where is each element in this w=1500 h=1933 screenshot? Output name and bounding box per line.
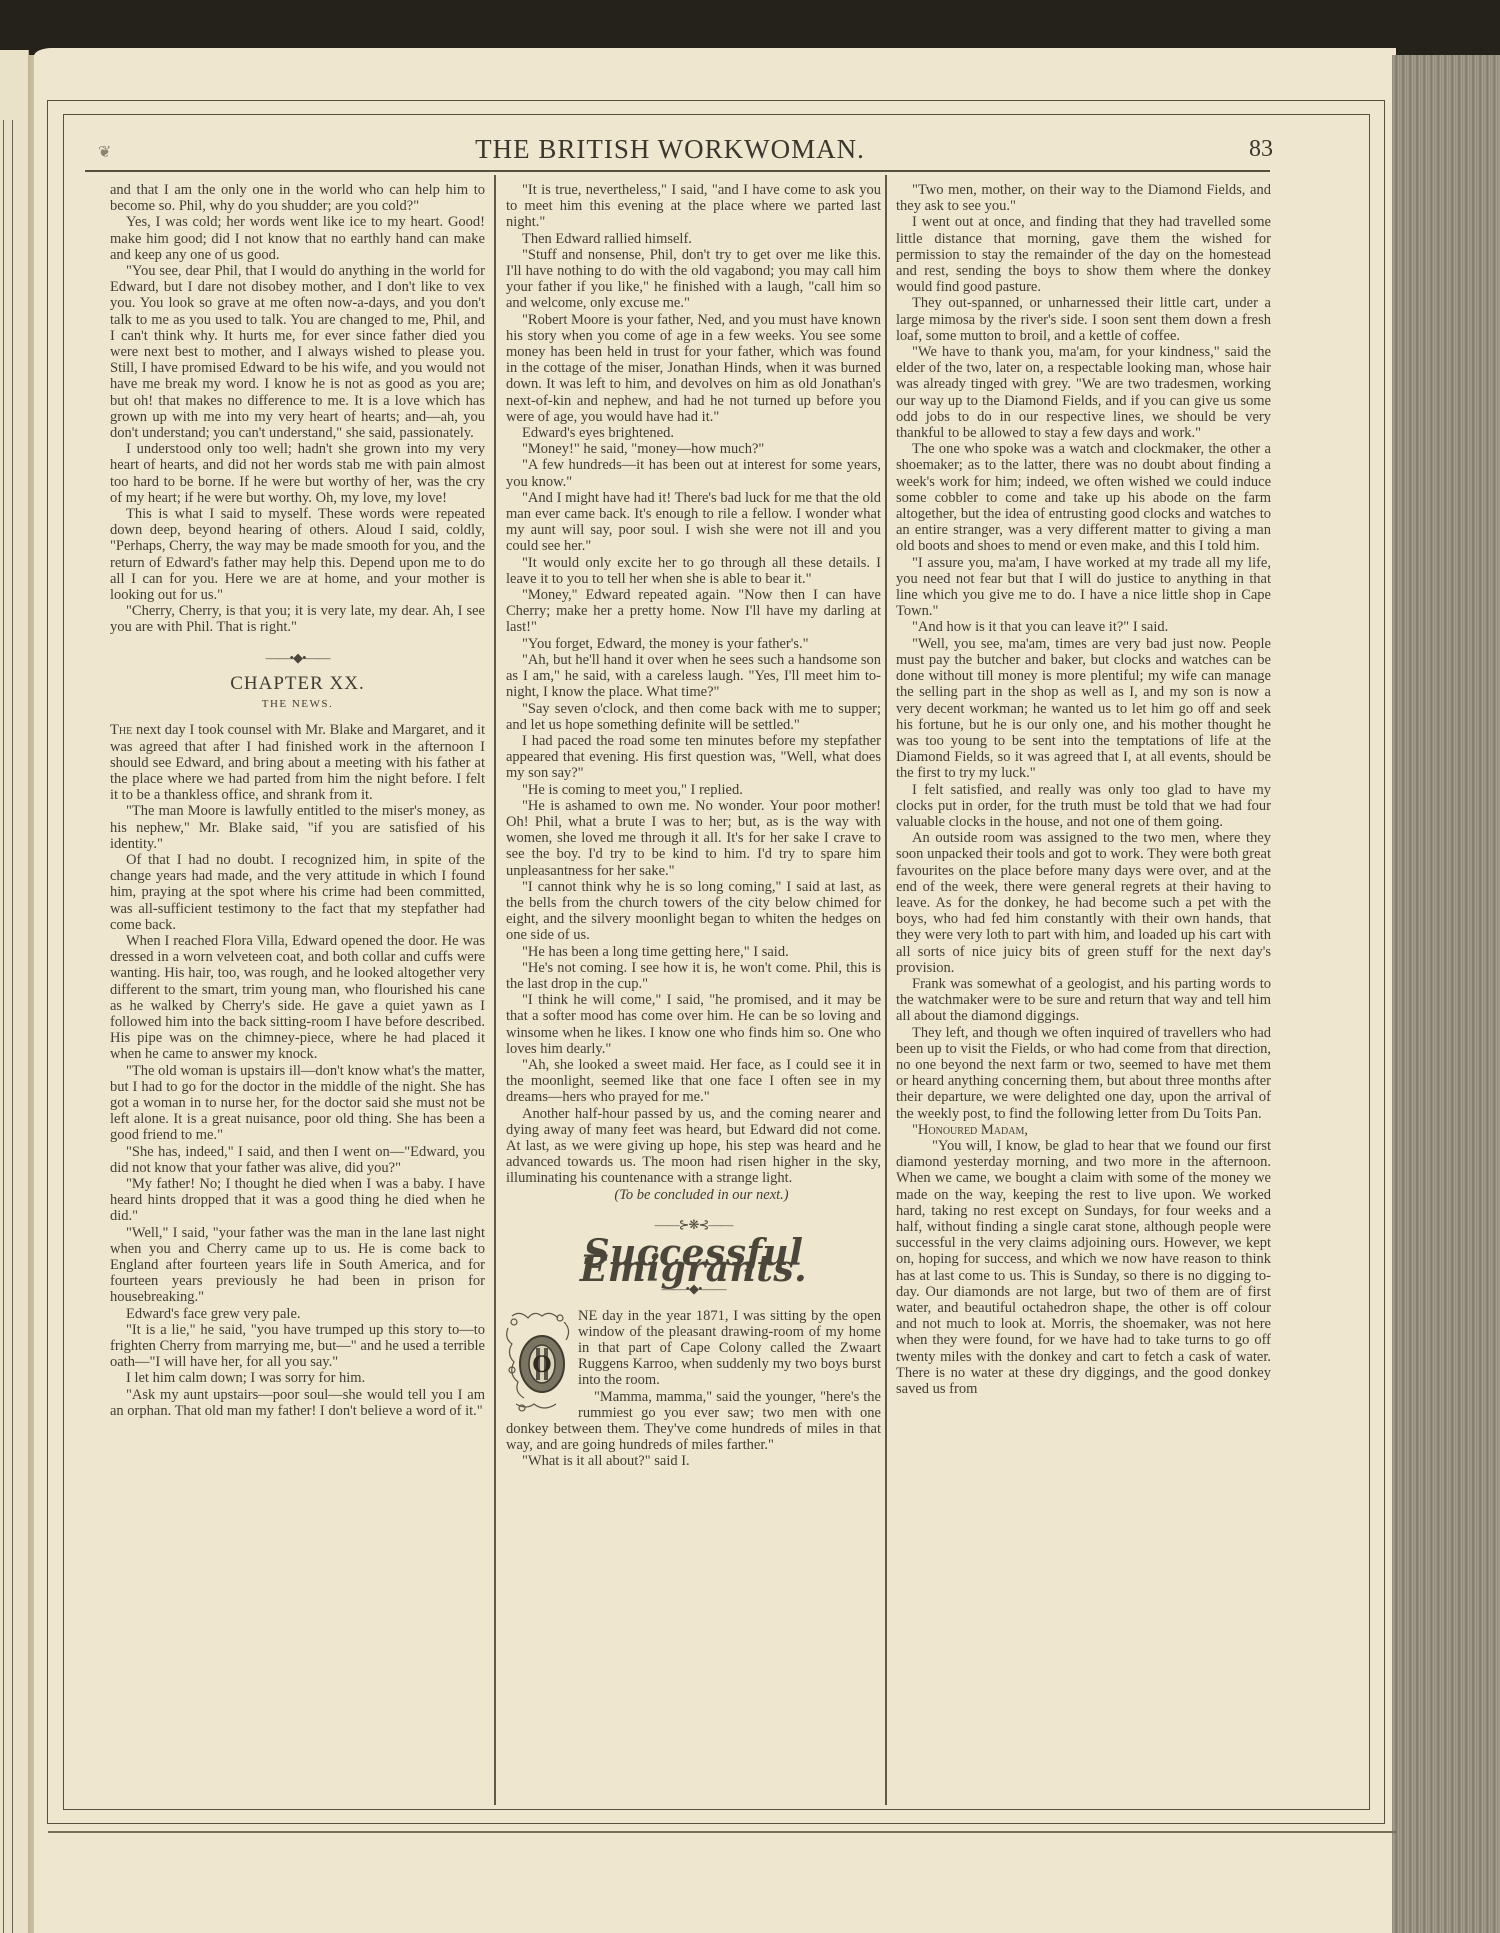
paragraph: Yes, I was cold; her words went like ice… — [110, 214, 485, 263]
paragraph: "He is coming to meet you," I replied. — [506, 782, 881, 798]
letter-salutation: "Honoured Madam, — [896, 1122, 1271, 1138]
paragraph: "Ask my aunt upstairs—poor soul—she woul… — [110, 1387, 485, 1419]
paragraph: "Robert Moore is your father, Ned, and y… — [506, 312, 881, 425]
paragraph: An outside room was assigned to the two … — [896, 830, 1271, 976]
column-middle: "It is true, nevertheless," I said, "and… — [506, 182, 881, 1470]
letter-paragraph: "You will, I know, be glad to hear that … — [896, 1138, 1271, 1397]
paragraph: "What is it all about?" said I. — [506, 1453, 881, 1469]
opening-word: The — [110, 722, 132, 738]
paragraph: I let him calm down; I was sorry for him… — [110, 1370, 485, 1386]
column-right: "Two men, mother, on their way to the Di… — [896, 182, 1271, 1397]
paragraph: Then Edward rallied himself. — [506, 231, 881, 247]
paragraph: "Ah, but he'll hand it over when he sees… — [506, 652, 881, 701]
paragraph: "And how is it that you can leave it?" I… — [896, 619, 1271, 635]
dropcap-letter: O — [532, 1352, 551, 1378]
continued-note: (To be concluded in our next.) — [506, 1187, 881, 1203]
paragraph: "She has, indeed," I said, and then I we… — [110, 1144, 485, 1176]
page-number: 83 — [1249, 136, 1273, 163]
title-ornament: ——•◆•—— — [506, 1281, 881, 1297]
running-header: ❦ THE BRITISH WORKWOMAN. 83 — [70, 134, 1270, 168]
paragraph: The next day I took counsel with Mr. Bla… — [110, 722, 485, 803]
paragraph: Of that I had no doubt. I recognized him… — [110, 852, 485, 933]
paragraph: "It would only excite her to go through … — [506, 555, 881, 587]
paragraph: When I reached Flora Villa, Edward opene… — [110, 933, 485, 1063]
paragraph: I had paced the road some ten minutes be… — [506, 733, 881, 782]
paragraph: "I assure you, ma'am, I have worked at m… — [896, 555, 1271, 620]
paragraph: "We have to thank you, ma'am, for your k… — [896, 344, 1271, 441]
paragraph: I felt satisfied, and really was only to… — [896, 782, 1271, 831]
paragraph: Another half-hour passed by us, and the … — [506, 1106, 881, 1187]
publication-title: THE BRITISH WORKWOMAN. — [70, 134, 1270, 165]
paragraph: "Ah, she looked a sweet maid. Her face, … — [506, 1057, 881, 1106]
section-divider: ——⊱❋⊰—— — [506, 1217, 881, 1233]
paragraph: This is what I said to myself. These wor… — [110, 506, 485, 603]
section-ornament: ——•◆•—— — [110, 650, 485, 666]
paragraph: and that I am the only one in the world … — [110, 182, 485, 214]
paragraph: I went out at once, and finding that the… — [896, 214, 1271, 295]
paragraph: "A few hundreds—it has been out at inter… — [506, 457, 881, 489]
paragraph: "Cherry, Cherry, is that you; it is very… — [110, 603, 485, 635]
paragraph-text: next day I took counsel with Mr. Blake a… — [110, 722, 485, 803]
article-title: Successful Emigrants. — [506, 1245, 881, 1277]
bottom-rule — [48, 1831, 1396, 1833]
article-opening: O NE day in the year 1871, I was sitting… — [506, 1308, 881, 1454]
paragraph: "And I might have had it! There's bad lu… — [506, 490, 881, 555]
paragraph: "He is ashamed to own me. No wonder. You… — [506, 798, 881, 879]
chapter-subtitle: THE NEWS. — [110, 696, 485, 712]
paragraph: "He's not coming. I see how it is, he wo… — [506, 960, 881, 992]
paragraph: "He has been a long time getting here," … — [506, 944, 881, 960]
paragraph: "Say seven o'clock, and then come back w… — [506, 701, 881, 733]
paragraph: "You see, dear Phil, that I would do any… — [110, 263, 485, 441]
paragraph: "It is true, nevertheless," I said, "and… — [506, 182, 881, 231]
paragraph: "Stuff and nonsense, Phil, don't try to … — [506, 247, 881, 312]
paragraph: "Money," Edward repeated again. "Now the… — [506, 587, 881, 636]
paragraph: "Money!" he said, "money—how much?" — [506, 441, 881, 457]
paragraph: They left, and though we often inquired … — [896, 1025, 1271, 1122]
chapter-heading: CHAPTER XX. — [110, 676, 485, 692]
paragraph: "You forget, Edward, the money is your f… — [506, 636, 881, 652]
paragraph: "Well, you see, ma'am, times are very ba… — [896, 636, 1271, 782]
paragraph: Edward's face grew very pale. — [110, 1306, 485, 1322]
facing-page-rule — [3, 120, 4, 1933]
paragraph: "My father! No; I thought he died when I… — [110, 1176, 485, 1225]
header-rule — [85, 170, 1270, 172]
paragraph: "Two men, mother, on their way to the Di… — [896, 182, 1271, 214]
paragraph: Edward's eyes brightened. — [506, 425, 881, 441]
paragraph: "I cannot think why he is so long coming… — [506, 879, 881, 944]
paragraph: They out-spanned, or unharnessed their l… — [896, 295, 1271, 344]
column-divider — [885, 175, 887, 1805]
paragraph: The one who spoke was a watch and clockm… — [896, 441, 1271, 554]
paragraph: I understood only too well; hadn't she g… — [110, 441, 485, 506]
paragraph: "The man Moore is lawfully entitled to t… — [110, 803, 485, 852]
paragraph: "It is a lie," he said, "you have trumpe… — [110, 1322, 485, 1371]
paragraph: "I think he will come," I said, "he prom… — [506, 992, 881, 1057]
paragraph: "The old woman is upstairs ill—don't kno… — [110, 1063, 485, 1144]
paragraph: Frank was somewhat of a geologist, and h… — [896, 976, 1271, 1025]
ornamental-dropcap-icon: O — [506, 1308, 574, 1420]
facing-page-rule — [12, 120, 13, 1933]
paragraph: "Well," I said, "your father was the man… — [110, 1225, 485, 1306]
page-stack-edge — [1392, 55, 1500, 1933]
column-divider — [494, 175, 496, 1805]
facing-page-edge — [0, 50, 29, 1933]
column-left: and that I am the only one in the world … — [110, 182, 485, 1419]
